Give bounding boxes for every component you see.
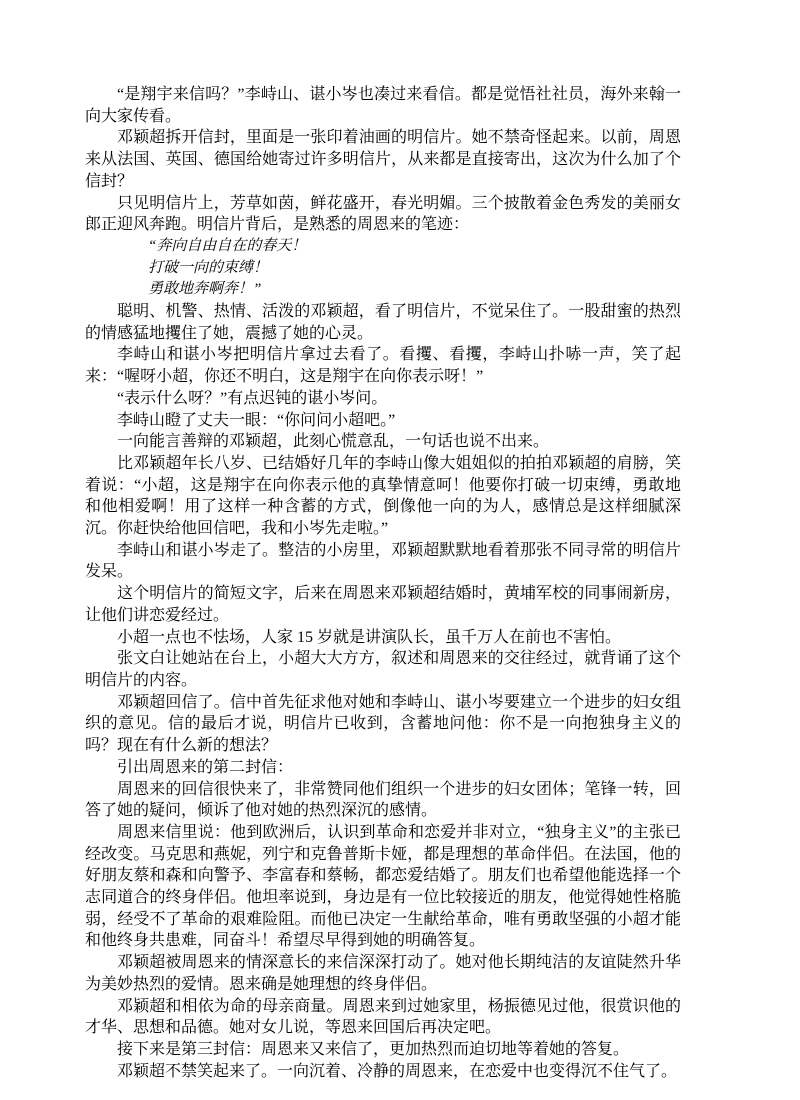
paragraph: 只见明信片上，芳草如茵，鲜花盛开，春光明媚。三个披散着金色秀发的美丽女郎正迎风奔… bbox=[85, 193, 681, 236]
paragraph: 这个明信片的简短文字，后来在周恩来邓颖超结婚时，黄埔军校的同事闹新房，让他们讲恋… bbox=[85, 583, 681, 626]
paragraph: 李峙山和谌小岑走了。整洁的小房里，邓颖超默默地看着那张不同寻常的明信片发呆。 bbox=[85, 540, 681, 583]
paragraph: 接下来是第三封信：周恩来又来信了，更加热烈而迫切地等着她的答复。 bbox=[85, 1039, 681, 1061]
paragraph: “是翔宇来信吗？”李峙山、谌小岑也凑过来看信。都是觉悟社社员，海外来翰一向大家传… bbox=[85, 84, 681, 127]
document-text-block: “是翔宇来信吗？”李峙山、谌小岑也凑过来看信。都是觉悟社社员，海外来翰一向大家传… bbox=[85, 84, 681, 1082]
paragraph: 周恩来的回信很快来了，非常赞同他们组织一个进步的妇女团体；笔锋一转，回答了她的疑… bbox=[85, 779, 681, 822]
paragraph: 李峙山和谌小岑把明信片拿过去看了。看攫、看攫，李峙山扑哧一声，笑了起来：“喔呀小… bbox=[85, 344, 681, 387]
paragraph: 邓颖超被周恩来的情深意长的来信深深打动了。她对他长期纯洁的友谊陡然升华为美妙热烈… bbox=[85, 952, 681, 995]
paragraph: 聪明、机警、热情、活泼的邓颖超，看了明信片，不觉呆住了。一股甜蜜的热烈的情感猛地… bbox=[85, 301, 681, 344]
paragraph: 引出周恩来的第二封信： bbox=[85, 757, 681, 779]
postcard-quote-line: 打破一向的束缚！ bbox=[85, 258, 681, 280]
paragraph: 周恩来信里说：他到欧洲后，认识到革命和恋爱并非对立，“独身主义”的主张已经改变。… bbox=[85, 822, 681, 952]
postcard-quote-line: “奔向自由自在的春天！ bbox=[85, 236, 681, 258]
paragraph: 张文白让她站在台上，小超大大方方，叙述和周恩来的交往经过，就背诵了这个明信片的内… bbox=[85, 648, 681, 691]
paragraph: 比邓颖超年长八岁、已结婚好几年的李峙山像大姐姐似的拍拍邓颖超的肩膀，笑着说：“小… bbox=[85, 453, 681, 540]
paragraph: 邓颖超不禁笑起来了。一向沉着、冷静的周恩来，在恋爱中也变得沉不住气了。 bbox=[85, 1061, 681, 1083]
paragraph: 李峙山瞪了丈夫一眼：“你问问小超吧。” bbox=[85, 410, 681, 432]
paragraph: 邓颖超和相依为命的母亲商量。周恩来到过她家里，杨振德见过他，很赏识他的才华、思想… bbox=[85, 996, 681, 1039]
paragraph: 小超一点也不怯场，人家 15 岁就是讲演队长，虽千万人在前也不害怕。 bbox=[85, 627, 681, 649]
paragraph: 一向能言善辩的邓颖超，此刻心慌意乱，一句话也说不出来。 bbox=[85, 431, 681, 453]
paragraph: 邓颖超拆开信封，里面是一张印着油画的明信片。她不禁奇怪起来。以前，周恩来从法国、… bbox=[85, 127, 681, 192]
document-page: “是翔宇来信吗？”李峙山、谌小岑也凑过来看信。都是觉悟社社员，海外来翰一向大家传… bbox=[0, 0, 800, 1100]
paragraph: 邓颖超回信了。信中首先征求他对她和李峙山、谌小岑要建立一个进步的妇女组织的意见。… bbox=[85, 692, 681, 757]
postcard-quote-line: 勇敢地奔啊奔！” bbox=[85, 279, 681, 301]
paragraph: “表示什么呀？”有点迟钝的谌小岑问。 bbox=[85, 388, 681, 410]
